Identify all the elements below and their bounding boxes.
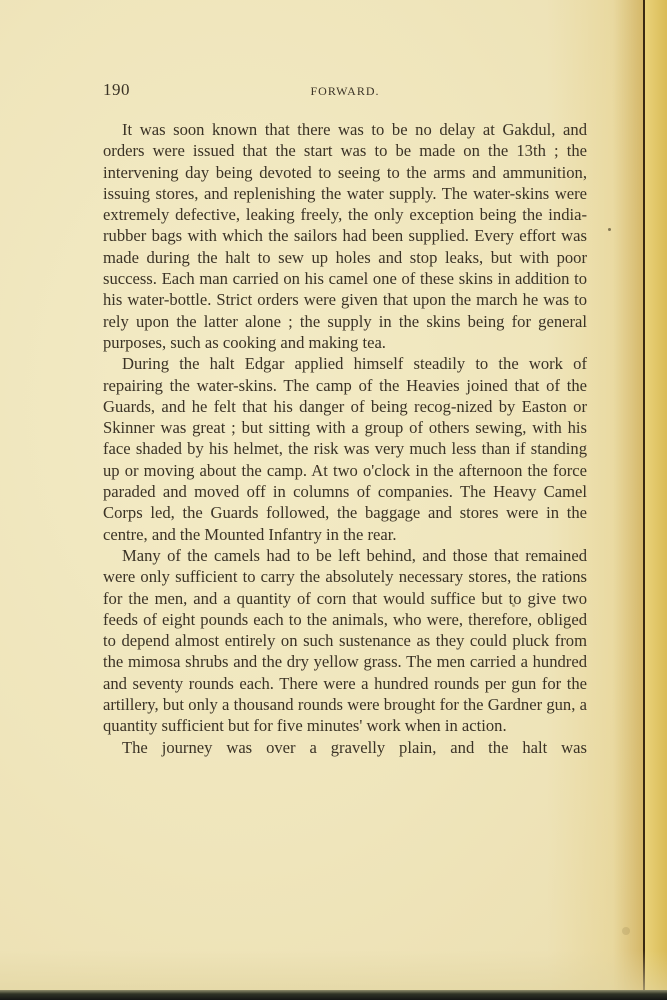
- paragraph: The journey was over a gravelly plain, a…: [103, 737, 587, 758]
- bottom-page-fade: [0, 950, 667, 990]
- book-bottom-edge: [0, 990, 667, 1000]
- running-head: FORWARD.: [103, 84, 587, 99]
- paragraph: Many of the camels had to be left behind…: [103, 545, 587, 737]
- paper-stain: [622, 927, 630, 935]
- paragraph: It was soon known that there was to be n…: [103, 119, 587, 353]
- body-text: It was soon known that there was to be n…: [103, 119, 587, 758]
- paper-speck: [608, 228, 611, 231]
- page-divider-line: [643, 0, 645, 990]
- next-page-edge: [645, 0, 667, 990]
- page-header: 190 FORWARD.: [103, 80, 587, 104]
- paragraph: During the halt Edgar applied himself st…: [103, 353, 587, 545]
